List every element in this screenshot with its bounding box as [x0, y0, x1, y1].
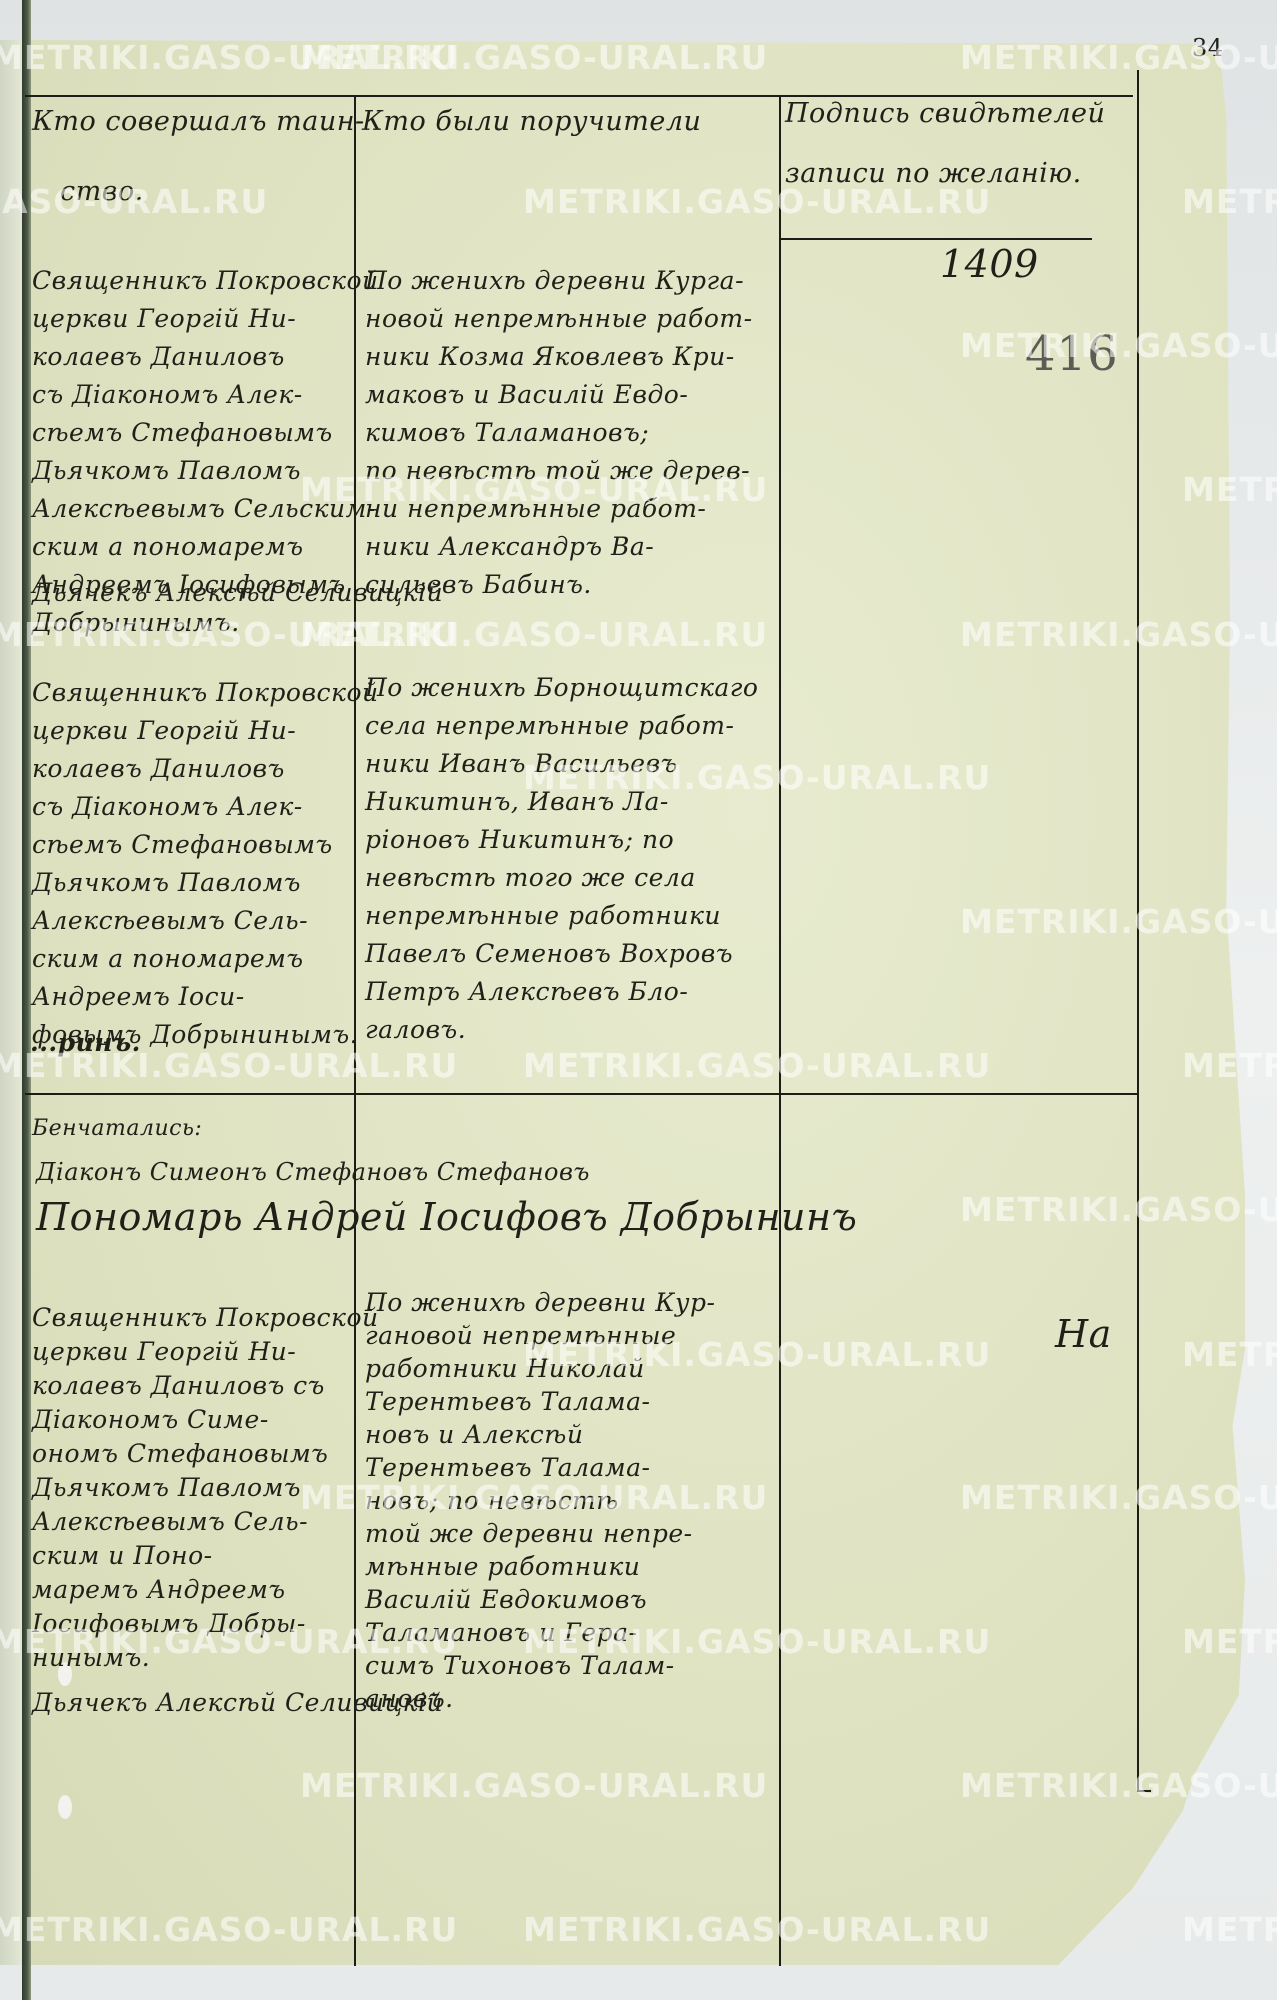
watermark: METRIKI.GASO-URAL.RU — [1182, 1622, 1277, 1661]
text-line: По женихѣ Борнощитскаго — [365, 675, 758, 713]
text-line: ановъ. — [365, 1686, 716, 1719]
watermark: METRIKI.GASO-URAL.RU — [1182, 182, 1277, 221]
header-bottom-rule — [780, 238, 1092, 240]
entry-3-preface-line2: Пономарь Андрей Іосифовъ Добрынинъ — [36, 1198, 857, 1236]
text-line: сѣемъ Стефановымъ — [32, 420, 379, 458]
watermark: METRIKI.GASO-URAL.RU — [523, 1046, 991, 1085]
text-line: Петръ Алексѣевъ Бло- — [365, 979, 758, 1017]
text-line: маковъ и Василій Евдо- — [365, 382, 753, 420]
watermark: METRIKI.GASO-URAL.RU — [523, 1622, 991, 1661]
watermark: METRIKI.GASO-URAL.RU — [523, 1335, 991, 1374]
text-line: Павелъ Семеновъ Вохровъ — [365, 941, 758, 979]
watermark: METRIKI.GASO-URAL.RU — [300, 1478, 768, 1517]
book-spine — [22, 0, 31, 2000]
text-line: съ Діакономъ Алек- — [32, 794, 379, 832]
watermark: METRIKI.GASO-URAL.RU — [0, 1910, 458, 1949]
text-line: невѣстѣ того же села — [365, 865, 758, 903]
text-line: ским а пономаремъ — [32, 534, 379, 572]
text-line: кимовъ Таламановъ; — [365, 420, 753, 458]
text-line: церкви Георгій Ни- — [32, 1339, 379, 1373]
watermark: METRIKI.GASO-URAL.RU — [960, 1190, 1277, 1229]
text-line: колаевъ Даниловъ — [32, 344, 379, 382]
text-line: церкви Георгій Ни- — [32, 718, 379, 756]
watermark: METRIKI.GASO-URAL.RU — [960, 615, 1277, 654]
text-line: ники Козма Яковлевъ Кри- — [365, 344, 753, 382]
watermark: METRIKI.GASO-URAL.RU — [960, 1766, 1277, 1805]
text-line: села непремѣнные работ- — [365, 713, 758, 751]
watermark: METRIKI.GASO-URAL.RU — [0, 182, 268, 221]
watermark: METRIKI.GASO-URAL.RU — [300, 1766, 768, 1805]
watermark: METRIKI.GASO-URAL.RU — [960, 326, 1277, 365]
header-col2: Кто были поручители — [362, 108, 701, 135]
watermark: METRIKI.GASO-URAL.RU — [1182, 470, 1277, 509]
text-line: сильевъ Бабинъ. — [365, 572, 753, 610]
text-line: ники Александръ Ва- — [365, 534, 753, 572]
text-line: Дьячкомъ Павломъ — [32, 870, 379, 908]
watermark: METRIKI.GASO-URAL.RU — [523, 1910, 991, 1949]
watermark: METRIKI.GASO-URAL.RU — [960, 38, 1277, 77]
text-line: колаевъ Даниловъ — [32, 756, 379, 794]
text-line: непремѣнные работники — [365, 903, 758, 941]
entry-3-preface-line1: Діаконъ Симеонъ Стефановъ Стефановъ — [36, 1160, 590, 1184]
watermark: METRIKI.GASO-URAL.RU — [523, 758, 991, 797]
text-line: Терентьевъ Талама- — [365, 1389, 716, 1422]
text-line: церкви Георгій Ни- — [32, 306, 379, 344]
text-line: мѣнные работники — [365, 1554, 716, 1587]
watermark: METRIKI.GASO-URAL.RU — [300, 470, 768, 509]
header-col3-line1: Подпись свидѣтелей — [785, 100, 1105, 127]
watermark: METRIKI.GASO-URAL.RU — [0, 1622, 458, 1661]
text-line: новъ и Алексѣй — [365, 1422, 716, 1455]
watermark: METRIKI.GASO-URAL.RU — [1182, 1910, 1277, 1949]
text-line: По женихѣ деревни Кур- — [365, 1290, 716, 1323]
text-line: По женихѣ деревни Курга- — [365, 268, 753, 306]
entry-3-annotation: На — [1055, 1315, 1112, 1353]
text-line: ским и Поно- — [32, 1543, 379, 1577]
text-line: Андреемъ Іоси- — [32, 984, 379, 1022]
entry-divider-rule — [25, 1093, 1137, 1095]
header-col1-line1: Кто совершалъ таин- — [32, 108, 365, 135]
text-line: Діакономъ Симе- — [32, 1407, 379, 1441]
watermark: METRIKI.GASO-URAL.RU — [523, 182, 991, 221]
column-divider-2 — [779, 96, 781, 1966]
entry-3-preface-label: Бенчатались: — [32, 1118, 202, 1140]
watermark: METRIKI.GASO-URAL.RU — [960, 1478, 1277, 1517]
text-line: Василій Евдокимовъ — [365, 1587, 716, 1620]
text-line: ономъ Стефановымъ — [32, 1441, 379, 1475]
punch-hole — [58, 1795, 72, 1819]
entry-2-officiants: Священникъ Покровской церкви Георгій Ни-… — [32, 680, 379, 1060]
text-line: колаевъ Даниловъ съ — [32, 1373, 379, 1407]
text-line: маремъ Андреемъ — [32, 1577, 379, 1611]
text-line: Священникъ Покровской — [32, 680, 379, 718]
header-top-rule — [25, 95, 1133, 97]
text-line: той же деревни непре- — [365, 1521, 716, 1554]
watermark: METRIKI.GASO-URAL.RU — [1182, 1046, 1277, 1085]
watermark: METRIKI.GASO-URAL.RU — [960, 902, 1277, 941]
entry-1-record-number-ink: 1409 — [940, 245, 1039, 283]
text-line: ским а пономаремъ — [32, 946, 379, 984]
text-line: новой непремѣнные работ- — [365, 306, 753, 344]
text-line: Священникъ Покровской — [32, 268, 379, 306]
text-line: съ Діакономъ Алек- — [32, 382, 379, 420]
text-line: сѣемъ Стефановымъ — [32, 832, 379, 870]
entry-1-sponsors: По женихѣ деревни Курга- новой непремѣнн… — [365, 268, 753, 610]
watermark: METRIKI.GASO-URAL.RU — [300, 615, 768, 654]
facing-page-edge — [0, 40, 22, 1965]
watermark: METRIKI.GASO-URAL.RU — [0, 1046, 458, 1085]
watermark: METRIKI.GASO-URAL.RU — [300, 38, 768, 77]
entry-2-sponsors: По женихѣ Борнощитскаго села непремѣнные… — [365, 675, 758, 1055]
watermark: METRIKI.GASO-URAL.RU — [1182, 1335, 1277, 1374]
text-line: Священникъ Покровской — [32, 1305, 379, 1339]
text-line: Алексѣевымъ Сель- — [32, 908, 379, 946]
text-line: рiоновъ Никитинъ; по — [365, 827, 758, 865]
